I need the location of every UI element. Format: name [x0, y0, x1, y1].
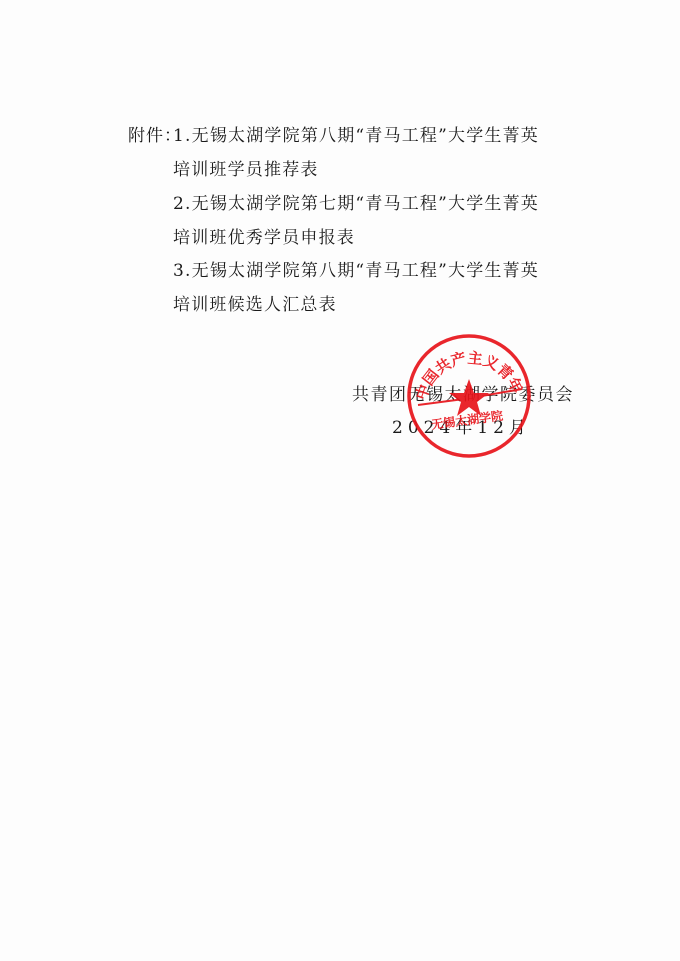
signature-org: 共青团无锡太湖学院委员会 — [352, 380, 574, 405]
document-page: 附件： 1.无锡太湖学院第八期“青马工程”大学生菁英 培训班学员推荐表 2.无锡… — [0, 0, 680, 961]
attachment-1-line2: 培训班学员推荐表 — [173, 155, 319, 180]
attachment-3-line1: 3.无锡太湖学院第八期“青马工程”大学生菁英 — [173, 256, 539, 281]
signature-date: 2024年12月 — [392, 413, 531, 438]
attachment-2-line1: 2.无锡太湖学院第七期“青马工程”大学生菁英 — [173, 189, 539, 214]
attachment-2-line2: 培训班优秀学员申报表 — [173, 223, 355, 248]
attachment-3-line2: 培训班候选人汇总表 — [173, 290, 337, 315]
attachment-1-line1: 1.无锡太湖学院第八期“青马工程”大学生菁英 — [173, 121, 539, 146]
